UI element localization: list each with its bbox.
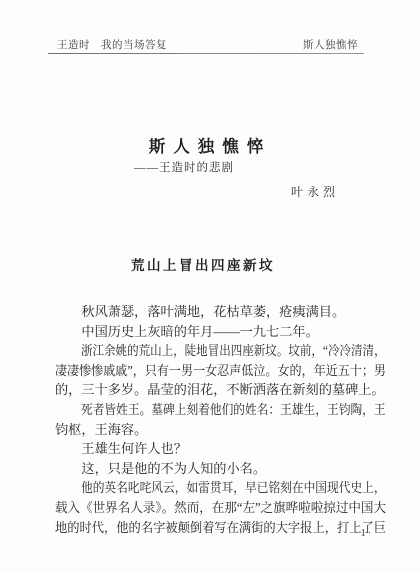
body-line: 凄凄惨惨戚戚”，只有一男一女忍声低泣。女的，年近五十；男 — [55, 361, 386, 381]
body-line: 钧枢，王海容。 — [55, 420, 386, 440]
body-line: 王雄生何许人也？ — [55, 439, 386, 459]
body-line-text: 地的时代，他的名字被颠倒着写在满街的大字报上，打上了巨 — [55, 518, 386, 538]
body-line-text: 死者皆姓王。墓碑上刻着他们的姓名：王雄生，王钧陶，王 — [81, 400, 386, 420]
body-line-text: 王雄生何许人也？ — [81, 439, 187, 459]
body-line: 浙江余姚的荒山上，陡地冒出四座新坟。坟前，“冷冷清清， — [55, 341, 386, 361]
body-line-text: 浙江余姚的荒山上，陡地冒出四座新坟。坟前，“冷冷清清， — [81, 341, 386, 361]
body-line: 秋风萧瑟，落叶满地，花枯草萎，疮痍满目。 — [55, 302, 386, 322]
body-line-text: 这，只是他的不为人知的小名。 — [81, 459, 266, 479]
book-page: 王造时 我的当场答复 斯人独憔悴 斯人独憔悴 ——王造时的悲剧 叶永烈 荒山上冒… — [0, 0, 420, 571]
body-line: 这，只是他的不为人知的小名。 — [55, 459, 386, 479]
body-line: 地的时代，他的名字被颠倒着写在满街的大字报上，打上了巨 — [55, 518, 386, 538]
body-text: 秋风萧瑟，落叶满地，花枯草萎，疮痍满目。 中国历史上灰暗的年月——一九七二年。 … — [55, 302, 386, 537]
body-line: 他的英名叱咤风云，如雷贯耳，早已铭刻在中国现代史上， — [55, 478, 386, 498]
body-line: 死者皆姓王。墓碑上刻着他们的姓名：王雄生，王钧陶，王 — [55, 400, 386, 420]
header-rule-divider — [48, 53, 364, 54]
body-line-text: 凄凄惨惨戚戚”，只有一男一女忍声低泣。女的，年近五十；男 — [55, 361, 386, 381]
running-header-right: 斯人独憔悴 — [303, 37, 358, 52]
page-number: ·1· — [355, 528, 373, 539]
body-line: 载入《世界名人录》。然而，在那“左”之旗哗啦啦掠过中国大 — [55, 498, 386, 518]
body-line-text: 中国历史上灰暗的年月——一九七二年。 — [81, 322, 318, 342]
article-author: 叶永烈 — [291, 183, 339, 200]
body-line-text: 钧枢，王海容。 — [55, 420, 147, 440]
body-line-text: 秋风萧瑟，落叶满地，花枯草萎，疮痍满目。 — [81, 302, 345, 322]
body-line-text: 载入《世界名人录》。然而，在那“左”之旗哗啦啦掠过中国大 — [55, 498, 386, 518]
section-heading: 荒山上冒出四座新坟 — [0, 254, 413, 274]
body-line: 的，三十多岁。晶莹的泪花，不断洒落在新刻的墓碑上。 — [55, 380, 386, 400]
body-line: 中国历史上灰暗的年月——一九七二年。 — [55, 322, 386, 342]
running-header-left: 王造时 我的当场答复 — [57, 37, 167, 52]
article-subtitle: ——王造时的悲剧 — [0, 159, 394, 175]
body-line-text: 他的英名叱咤风云，如雷贯耳，早已铭刻在中国现代史上， — [81, 478, 386, 498]
article-title: 斯人独憔悴 — [0, 133, 420, 157]
body-line-text: 的，三十多岁。晶莹的泪花，不断洒落在新刻的墓碑上。 — [55, 380, 385, 400]
